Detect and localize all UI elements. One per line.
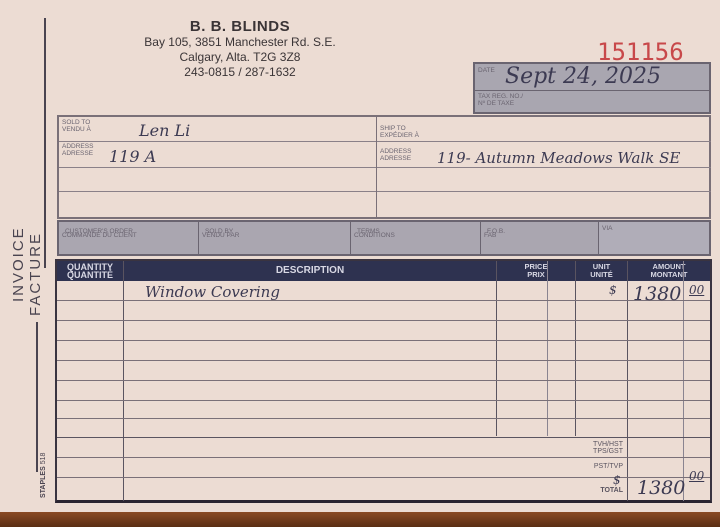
sold-to-line: [59, 141, 376, 142]
col-line-unit: [627, 261, 628, 501]
invoice-paper: B. B. BLINDS Bay 105, 3851 Manchester Rd…: [0, 0, 720, 515]
terms-cell[interactable]: TERMSCONDITIONS: [351, 222, 481, 254]
date-divider: [475, 90, 709, 91]
company-name: B. B. BLINDS: [120, 18, 360, 35]
total-dollars[interactable]: 1380: [637, 477, 685, 499]
fob-cell[interactable]: F.O.B.FAB: [481, 222, 599, 254]
terms-label-1: TERMS: [357, 228, 380, 235]
form-code: STAPLES 518: [40, 453, 47, 498]
total-currency: $: [613, 473, 621, 487]
form-code-text: STAPLES: [40, 466, 47, 498]
col-line-amount-cents: [683, 261, 684, 501]
header-quantity: QUANTITYQUANTITÉ: [57, 261, 123, 281]
customer-order-label-1: CUSTOMER'S ORDER: [65, 228, 133, 235]
company-address-line1: Bay 105, 3851 Manchester Rd. S.E.: [120, 35, 360, 50]
left-rule-bottom: [36, 322, 38, 472]
ship-address-line2: [377, 191, 711, 192]
company-header: B. B. BLINDS Bay 105, 3851 Manchester Rd…: [120, 18, 360, 80]
fob-label-1: F.O.B.: [487, 228, 505, 235]
left-rule-top: [44, 18, 46, 268]
col-line-desc: [496, 261, 497, 436]
via-cell[interactable]: VIA: [599, 222, 709, 254]
form-number: 518: [40, 453, 47, 465]
total-label: TOTAL: [577, 487, 623, 494]
sold-address-line1: [59, 167, 376, 168]
sold-address[interactable]: 119 A: [109, 147, 156, 166]
company-phones: 243-0815 / 287-1632: [120, 65, 360, 80]
item-amount-dollars[interactable]: 1380: [633, 283, 681, 305]
customer-order-cell[interactable]: CUSTOMER'S ORDERCOMMANDE DU CLIENT: [59, 222, 199, 254]
header-unit: UNITUNITÉ: [576, 261, 627, 281]
via-label: VIA: [602, 225, 612, 232]
date-label: DATE: [478, 67, 495, 74]
header-description: DESCRIPTION: [124, 261, 496, 281]
item-unit[interactable]: $: [609, 283, 617, 297]
sold-by-label-1: SOLD BY: [205, 228, 233, 235]
invoice-title-en: INVOICE: [10, 226, 27, 302]
ship-address-label-2: ADRESSE: [380, 155, 411, 162]
ship-address-line1: [377, 167, 711, 168]
col-line-qty: [123, 261, 124, 501]
sold-by-cell[interactable]: SOLD BYVENDU PAR: [199, 222, 351, 254]
ship-address[interactable]: 119- Autumn Meadows Walk SE: [437, 149, 680, 167]
order-info-row: CUSTOMER'S ORDERCOMMANDE DU CLIENT SOLD …: [57, 220, 711, 256]
sold-address-label-2: ADRESSE: [62, 150, 93, 157]
date-box: DATE Sept 24, 2025 TAX REG. NO./ Nº DE T…: [473, 62, 711, 114]
col-line-price-cents: [547, 261, 548, 436]
address-box: SOLD TO VENDU À Len Li ADDRESS ADRESSE 1…: [57, 115, 711, 219]
ship-to-label-1: SHIP TO: [380, 125, 406, 132]
tax-reg-label-1: TAX REG. NO./: [478, 93, 523, 100]
pst-label: PST/TVP: [577, 463, 623, 470]
sold-to-label-1: SOLD TO: [62, 119, 90, 126]
ship-to-line: [377, 141, 711, 142]
ship-to-label-2: EXPÉDIER À: [380, 132, 419, 139]
sold-address-label-1: ADDRESS: [62, 143, 93, 150]
company-address-line2: Calgary, Alta. T2G 3Z8: [120, 50, 360, 65]
sold-address-line2: [59, 191, 376, 192]
header-price: PRICEPRIX: [497, 261, 575, 281]
tax-reg-label-2: Nº DE TAXE: [478, 100, 514, 107]
invoice-title-fr: FACTURE: [27, 232, 44, 316]
sold-to-label-2: VENDU À: [62, 126, 91, 133]
date-value[interactable]: Sept 24, 2025: [505, 64, 661, 89]
item-amount-cents[interactable]: 00: [689, 283, 704, 297]
sold-to-name[interactable]: Len Li: [139, 121, 190, 140]
item-description[interactable]: Window Covering: [145, 283, 280, 301]
ship-address-label-1: ADDRESS: [380, 148, 411, 155]
total-cents[interactable]: 00: [689, 469, 704, 483]
items-table: QUANTITYQUANTITÉ DESCRIPTION PRICEPRIX U…: [55, 259, 712, 503]
header-amount: AMOUNTMONTANT: [628, 261, 710, 281]
wooden-table-edge: [0, 512, 720, 527]
hst-label: TVH/HSTTPS/GST: [577, 441, 623, 455]
col-line-price: [575, 261, 576, 436]
